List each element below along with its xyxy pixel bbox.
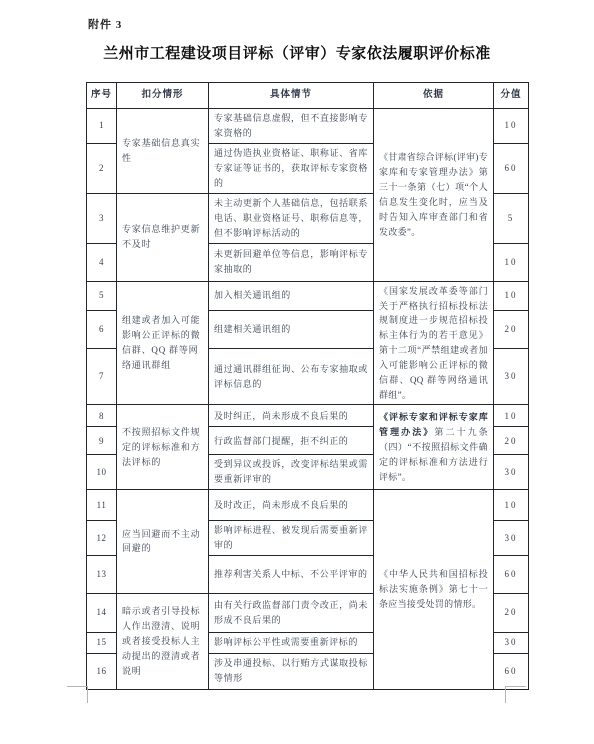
basis-cell: 《评标专家和评标专家库管理办法》第二十九条（四）“不按照招标文件确定的评标标准和…	[374, 405, 494, 490]
score-cell: 60	[494, 653, 529, 689]
row-number-cell: 7	[87, 348, 117, 405]
row-number-cell: 14	[87, 593, 117, 632]
situation-cell: 应当回避而不主动回避的	[117, 490, 209, 594]
basis-cell: 《中华人民共和国招标投标法实施条例》第七十一条应当接受处罚的情形。	[374, 490, 494, 690]
detail-cell: 涉及串通投标、以行贿方式谋取投标等情形	[209, 653, 374, 689]
situation-cell: 组建或者加入可能影响公正评标的微信群、QQ 群等网络通讯群组	[117, 281, 209, 405]
row-number-cell: 11	[87, 490, 117, 521]
row-number-cell: 5	[87, 281, 117, 310]
detail-cell: 未更新回避单位等信息，影响评标专家抽取的	[209, 243, 374, 281]
score-cell: 30	[494, 521, 529, 556]
row-number-cell: 13	[87, 555, 117, 593]
row-number-cell: 2	[87, 143, 117, 193]
score-cell: 20	[494, 593, 529, 632]
score-cell: 60	[494, 143, 529, 193]
basis-cell: 《甘肃省综合评标(评审)专家库和专家管理办法》第三十一条第（七）项“个人信息发生…	[374, 109, 494, 282]
detail-cell: 受到异议或投诉，改变评标结果或需要重新评审的	[209, 455, 374, 490]
row-number-cell: 4	[87, 243, 117, 281]
score-cell: 5	[494, 193, 529, 243]
table-row: 5 组建或者加入可能影响公正评标的微信群、QQ 群等网络通讯群组 加入相关通讯组…	[87, 281, 529, 310]
row-number-cell: 16	[87, 653, 117, 689]
row-number-cell: 3	[87, 193, 117, 243]
row-number-cell: 12	[87, 521, 117, 556]
detail-cell: 影响评标进程、被发现后需要重新评审的	[209, 521, 374, 556]
score-cell: 30	[494, 455, 529, 490]
basis-cell: 《国家发展改革委等部门关于严格执行招标投标法规制度进一步规范招标投标主体行为的若…	[374, 281, 494, 405]
page-title: 兰州市工程建设项目评标（评审）专家依法履职评价标准	[0, 42, 594, 63]
score-cell: 10	[494, 405, 529, 427]
situation-cell: 专家基础信息真实性	[117, 109, 209, 194]
header-detail: 具体情节	[209, 83, 374, 109]
detail-cell: 由有关行政监督部门责令改正，尚未形成不良后果的	[209, 593, 374, 632]
score-cell: 10	[494, 243, 529, 281]
table-header-row: 序号 扣分情形 具体情节 依据 分值	[87, 83, 529, 109]
detail-cell: 影响评标公平性或需要重新评标的	[209, 632, 374, 653]
situation-cell: 暗示或者引导投标人作出澄清、说明或者接受投标人主动提出的澄清或者说明	[117, 593, 209, 689]
page-margin-mark-left	[67, 686, 88, 703]
detail-cell: 及时纠正，尚未形成不良后果的	[209, 405, 374, 427]
detail-cell: 通过伪造执业资格证、职称证、省库专家证等证书的，获取评标专家资格的	[209, 143, 374, 193]
row-number-cell: 10	[87, 455, 117, 490]
header-score: 分值	[494, 83, 529, 109]
score-cell: 60	[494, 555, 529, 593]
score-cell: 10	[494, 281, 529, 310]
score-cell: 30	[494, 348, 529, 405]
score-cell: 10	[494, 109, 529, 144]
row-number-cell: 6	[87, 311, 117, 349]
row-number-cell: 9	[87, 427, 117, 455]
detail-cell: 推荐利害关系人中标、不公平评审的	[209, 555, 374, 593]
page-margin-mark-right	[505, 686, 526, 703]
score-cell: 20	[494, 427, 529, 455]
detail-cell: 未主动更新个人基础信息，包括联系电话、职业资格证号、职称信息等，但不影响评标活动…	[209, 193, 374, 243]
attachment-label: 附件 3	[88, 16, 122, 32]
table-row: 1 专家基础信息真实性 专家基础信息虚假，但不直接影响专家资格的 《甘肃省综合评…	[87, 109, 529, 144]
header-basis: 依据	[374, 83, 494, 109]
detail-cell: 行政监督部门提醒，拒不纠正的	[209, 427, 374, 455]
evaluation-standards-table: 序号 扣分情形 具体情节 依据 分值 1 专家基础信息真实性 专家基础信息虚假，…	[86, 82, 529, 690]
score-cell: 20	[494, 311, 529, 349]
score-cell: 30	[494, 632, 529, 653]
row-number-cell: 15	[87, 632, 117, 653]
document-page: 附件 3 兰州市工程建设项目评标（评审）专家依法履职评价标准 序号 扣分情形 具…	[0, 0, 594, 744]
situation-cell: 不按照招标文件规定的评标标准和方法评标的	[117, 405, 209, 490]
situation-cell: 专家信息维护更新不及时	[117, 193, 209, 281]
score-cell: 10	[494, 490, 529, 521]
detail-cell: 组建相关通讯组的	[209, 311, 374, 349]
header-no: 序号	[87, 83, 117, 109]
header-situation: 扣分情形	[117, 83, 209, 109]
row-number-cell: 8	[87, 405, 117, 427]
detail-cell: 专家基础信息虚假，但不直接影响专家资格的	[209, 109, 374, 144]
table-row: 11 应当回避而不主动回避的 及时改正，尚未形成不良后果的 《中华人民共和国招标…	[87, 490, 529, 521]
row-number-cell: 1	[87, 109, 117, 144]
detail-cell: 通过通讯群组征询、公布专家抽取或评标信息的	[209, 348, 374, 405]
table-row: 8 不按照招标文件规定的评标标准和方法评标的 及时纠正，尚未形成不良后果的 《评…	[87, 405, 529, 427]
detail-cell: 及时改正，尚未形成不良后果的	[209, 490, 374, 521]
detail-cell: 加入相关通讯组的	[209, 281, 374, 310]
